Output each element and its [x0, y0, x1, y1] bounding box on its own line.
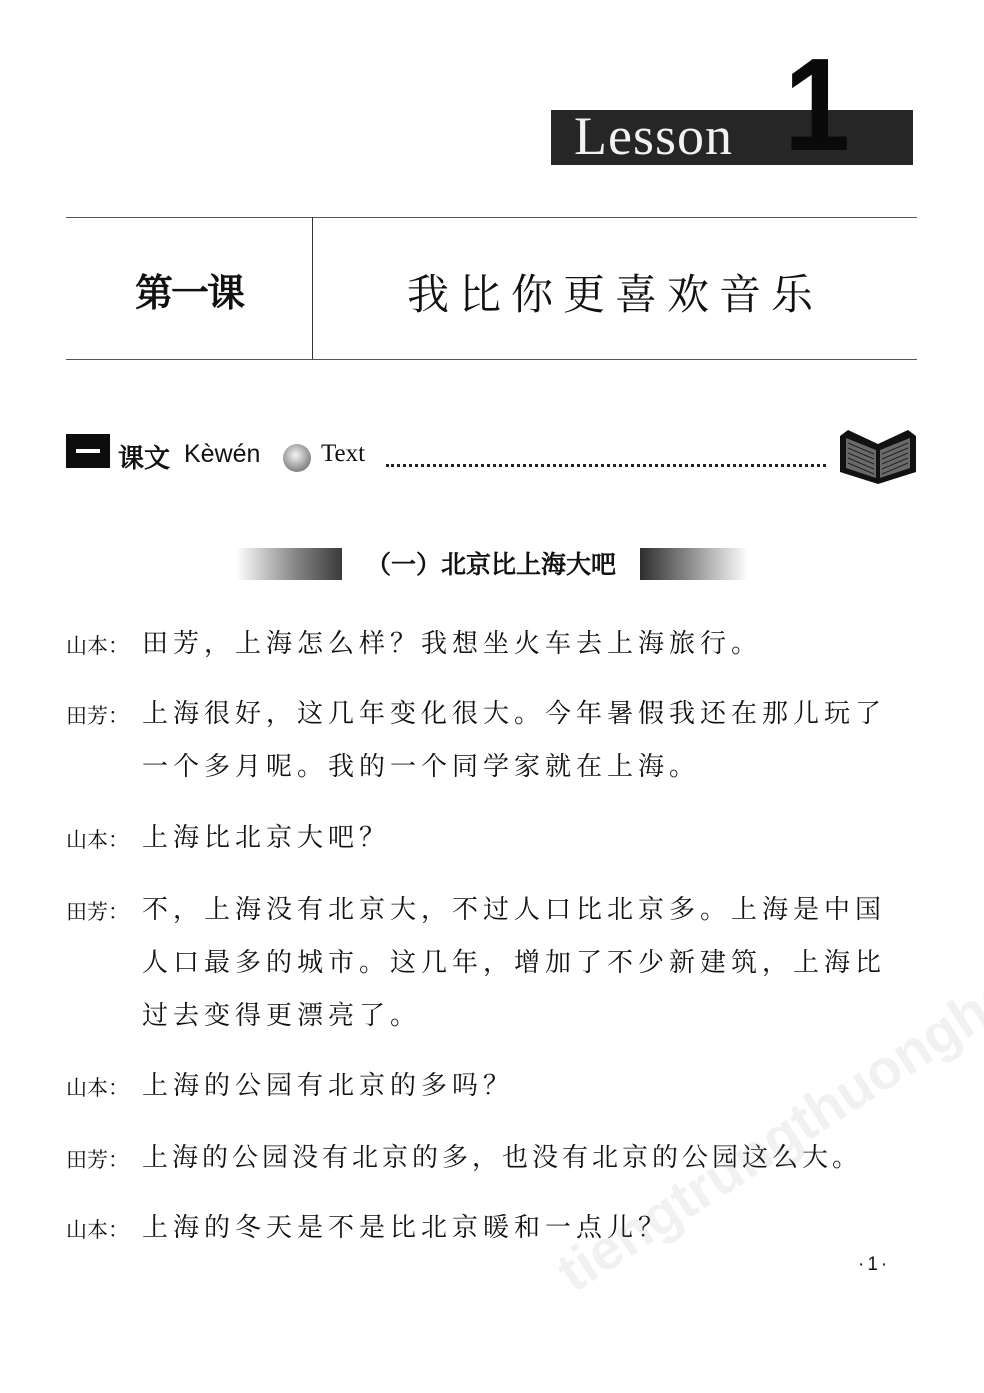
title-rule-top	[66, 217, 917, 218]
dialogue-line: 一个多月呢。我的一个同学家就在上海。	[142, 741, 932, 794]
title-rule-bottom	[66, 359, 917, 360]
speaker-label: 山本：	[66, 1072, 129, 1102]
open-book-icon	[838, 424, 918, 486]
speaker-label: 山本：	[66, 824, 129, 854]
sphere-bullet-icon	[283, 444, 311, 472]
subsection-title: （一）北京比上海大吧	[346, 548, 636, 582]
dialogue-line: 过去变得更漂亮了。	[142, 990, 932, 1043]
subsection-gradient-right	[640, 548, 748, 580]
page-number: ·1·	[858, 1254, 890, 1276]
dotted-leader	[386, 444, 826, 467]
dialogue-line: 上海的冬天是不是比北京暖和一点儿？	[142, 1202, 932, 1255]
subsection-gradient-left	[236, 548, 342, 580]
speaker-label: 山本：	[66, 1214, 129, 1244]
speaker-label: 田芳：	[66, 700, 129, 730]
section-number-glyph	[76, 449, 100, 453]
speaker-label: 田芳：	[66, 896, 129, 926]
lesson-number: 1	[784, 40, 850, 170]
dialogue-line: 不，上海没有北京大，不过人口比北京多。上海是中国	[142, 884, 932, 937]
dialogue-line: 人口最多的城市。这几年，增加了不少新建筑，上海比	[142, 937, 932, 990]
section-title-chinese: 课文	[118, 438, 170, 475]
section-title-english: Text	[321, 440, 365, 468]
lesson-label: 第一课	[66, 262, 312, 317]
speaker-label: 田芳：	[66, 1144, 129, 1174]
dialogue-line: 田芳，上海怎么样？我想坐火车去上海旅行。	[142, 618, 932, 671]
lesson-word: Lesson	[574, 106, 733, 166]
dialogue-line: 上海很好，这几年变化很大。今年暑假我还在那儿玩了	[142, 688, 932, 741]
speaker-label: 山本：	[66, 630, 129, 660]
dialogue-line: 上海比北京大吧？	[142, 812, 932, 865]
section-title-pinyin: Kèwén	[184, 440, 260, 469]
lesson-title: 我比你更喜欢音乐	[313, 262, 917, 322]
